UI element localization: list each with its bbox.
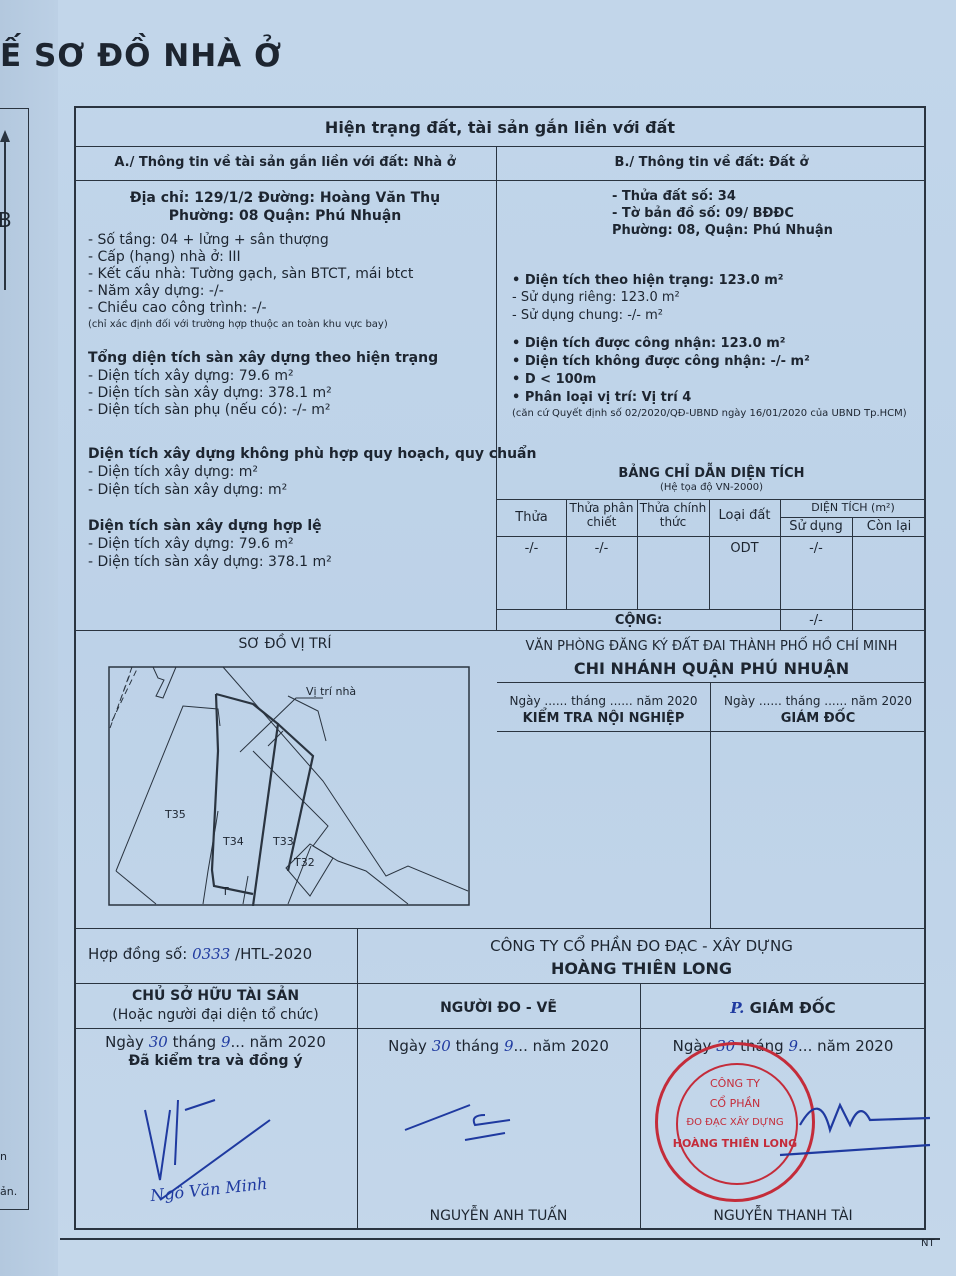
site-map-title: SƠ ĐỒ VỊ TRÍ [74,636,496,652]
form-header: Hiện trạng đất, tài sản gắn liền với đất [74,118,926,137]
company-name: HOÀNG THIÊN LONG [357,959,926,978]
valid-area-heading: Diện tích sàn xây dựng hợp lệ [88,518,322,534]
parcel-label-t33: T33 [273,835,294,848]
director-role: GIÁM ĐỐC [710,711,926,726]
parcel-label-t35: T35 [165,808,186,821]
col-header-parcel: Thửa [497,510,566,525]
divider [74,928,926,929]
cell-parcel: -/- [497,541,566,556]
owner-approval: Đã kiểm tra và đồng ý [74,1053,357,1069]
owner-role-sub: (Hoặc người đại diện tổ chức) [74,1007,357,1023]
company-line-1: CÔNG TY CỔ PHẦN ĐO ĐẠC - XÂY DỰNG [357,937,926,955]
owner-date: Ngày 30 tháng 9... năm 2020 [74,1033,357,1051]
parcel-ward: Phường: 08, Quận: Phú Nhuận [612,223,833,238]
total-area-item: - Diện tích xây dựng: 79.6 m² [88,368,294,384]
north-label: B [0,208,12,232]
adjacent-text-fragment: n [0,1150,7,1163]
parcel-label-t34: T34 [223,835,244,848]
area-recognized: • Diện tích được công nhận: 123.0 m² [512,336,785,351]
total-area-item: - Diện tích sàn xây dựng: 378.1 m² [88,385,332,401]
detail-height: - Chiều cao công trình: -/- [88,300,267,316]
divider [74,180,926,181]
director-prefix: P. [730,999,744,1017]
position-class: • Phân loại vị trí: Vị trí 4 [512,390,691,405]
legal-basis-note: (căn cứ Quyết định số 02/2020/QĐ-UBND ng… [512,408,907,419]
divider [74,146,926,147]
director-role-text: GIÁM ĐỐC [750,999,836,1017]
adjacent-page: B n ản. [0,0,59,1276]
section-b-title: B./ Thông tin về đất: Đất ở [497,155,926,170]
valid-area-item: - Diện tích xây dựng: 79.6 m² [88,536,294,552]
nonconform-item: - Diện tích xây dựng: m² [88,464,258,480]
divider [497,536,926,537]
address-line-2: Phường: 08 Quận: Phú Nhuận [74,208,496,224]
area-table-title: BẢNG CHỈ DẪN DIỆN TÍCH [497,466,926,481]
col-header-official-parcel: Thửa chính thức [637,501,709,529]
owner-role: CHỦ SỞ HỮU TÀI SẢN [74,988,357,1004]
distance-class: • D < 100m [512,372,596,387]
total-area-item: - Diện tích sàn phụ (nếu có): -/- m² [88,402,330,418]
area-current: • Diện tích theo hiện trạng: 123.0 m² [512,273,783,288]
total-area-heading: Tổng diện tích sàn xây dựng theo hiện tr… [88,350,438,366]
area-table-subtitle: (Hệ tọa độ VN-2000) [497,482,926,493]
contract-label-text: Hợp đồng số: [88,945,187,963]
detail-structure: - Kết cấu nhà: Tường gạch, sàn BTCT, mái… [88,266,413,282]
total-label: CỘNG: [497,613,780,628]
detail-year: - Năm xây dựng: -/- [88,283,224,299]
contract-label: Hợp đồng số: 0333 /HTL-2020 [88,945,312,963]
nonconform-item: - Diện tích sàn xây dựng: m² [88,482,287,498]
registry-office-branch: CHI NHÁNH QUẬN PHÚ NHUẬN [497,659,926,678]
valid-area-item: - Diện tích sàn xây dựng: 378.1 m² [88,554,332,570]
contract-suffix: /HTL-2020 [235,945,312,963]
total-used: -/- [780,613,852,628]
parcel-label-t: T [222,885,229,898]
site-map-diagram [108,666,470,906]
divider [497,731,926,732]
divider [780,517,926,518]
col-header-area: DIỆN TÍCH (m²) [780,501,926,514]
col-header-split-parcel: Thửa phân chiết [566,501,637,529]
director-signature-role: P. GIÁM ĐỐC [640,999,926,1017]
inspection-date: Ngày ...... tháng ...... năm 2020 [497,694,710,708]
col-header-land-type: Loại đất [709,508,780,523]
detail-floors: - Số tầng: 04 + lửng + sân thượng [88,232,329,248]
corner-mark: NT [921,1238,935,1249]
divider [74,630,926,631]
director-date: Ngày ...... tháng ...... năm 2020 [710,694,926,708]
divider [74,983,926,984]
adjacent-text-fragment: ản. [0,1185,17,1198]
surveyor-date: Ngày 30 tháng 9... năm 2020 [357,1037,640,1055]
col-header-used: Sử dụng [780,519,852,534]
cell-split-parcel: -/- [566,541,637,556]
divider [497,609,926,610]
section-a-title: A./ Thông tin về tài sản gắn liền với đấ… [74,155,496,170]
page-title: Ế SƠ ĐỒ NHÀ Ở [0,38,282,74]
surveyor-role: NGƯỜI ĐO - VẼ [357,1000,640,1016]
detail-grade: - Cấp (hạng) nhà ở: III [88,249,241,265]
director-signature [760,1080,940,1160]
col-header-remaining: Còn lại [852,519,926,534]
contract-number: 0333 [192,945,230,963]
cell-land-type: ODT [709,541,780,556]
parcel-label-t32: T32 [294,856,315,869]
inspection-role: KIỂM TRA NỘI NGHIỆP [497,711,710,726]
divider [496,146,497,630]
registry-office-name: VĂN PHÒNG ĐĂNG KÝ ĐẤT ĐAI THÀNH PHỐ HỒ C… [497,639,926,654]
shared-use-area: - Sử dụng chung: -/- m² [512,308,663,323]
divider [497,499,926,500]
bottom-border-line [60,1238,940,1240]
director-name: NGUYỄN THANH TÀI [640,1208,926,1224]
parcel-number: - Thửa đất số: 34 [612,189,736,204]
divider [640,983,641,1230]
surveyor-name: NGUYỄN ANH TUẤN [357,1208,640,1224]
divider [74,1028,926,1029]
area-not-recognized: • Diện tích không được công nhận: -/- m² [512,354,810,369]
nonconform-heading: Diện tích xây dựng không phù hợp quy hoạ… [88,446,536,462]
director-sign-date: Ngày 30 tháng 9... năm 2020 [640,1037,926,1055]
address-line-1: Địa chỉ: 129/1/2 Đường: Hoàng Văn Thụ [74,190,496,206]
private-use-area: - Sử dụng riêng: 123.0 m² [512,290,680,305]
map-sheet-number: - Tờ bản đồ số: 09/ BĐĐC [612,206,794,221]
surveyor-signature [400,1095,520,1155]
height-note: (chỉ xác định đối với trường hợp thuộc a… [88,319,388,330]
cell-used: -/- [780,541,852,556]
divider [497,682,926,683]
house-position-label: Vị trí nhà [306,685,356,698]
